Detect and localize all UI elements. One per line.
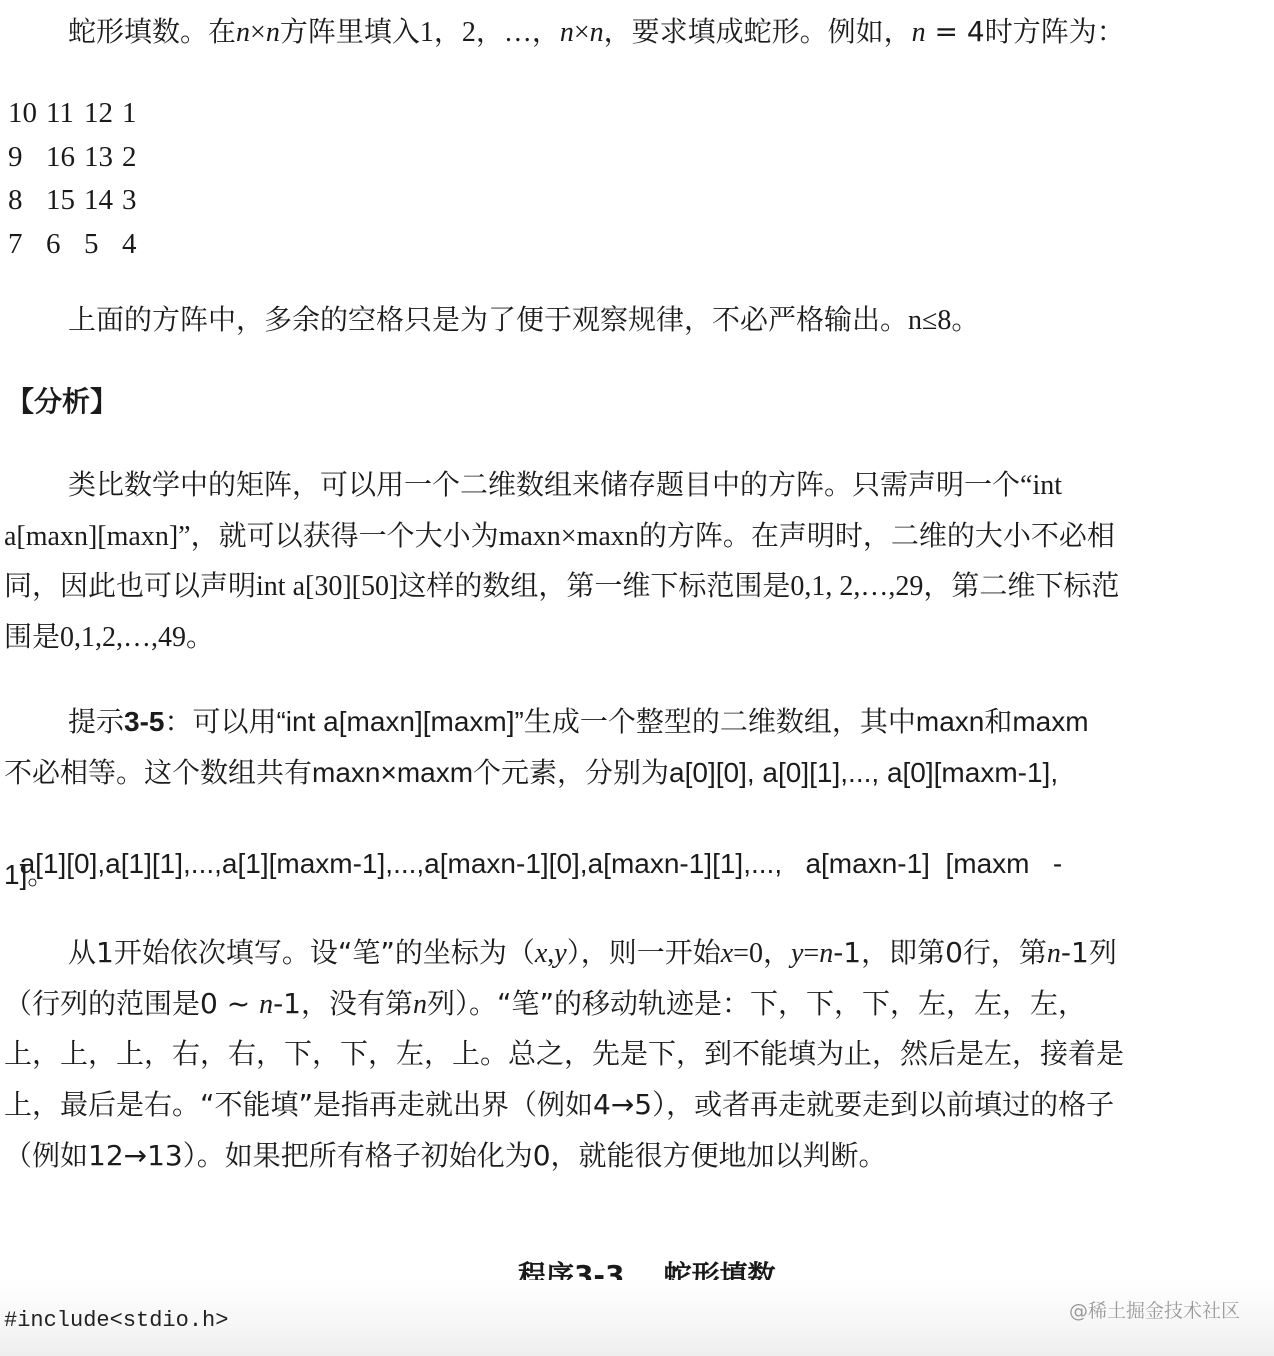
- para-text: 列）。“笔”的移动轨迹是：下，下，下，左，左，左，: [427, 987, 1086, 1020]
- matrix-cell: 9: [8, 136, 46, 180]
- tip-line3: a[1][0],a[1][1],...,a[1][maxm-1],...,a[m…: [4, 804, 1062, 884]
- tip-label: 提示: [68, 705, 124, 738]
- matrix-row: 8 15 14 3: [8, 179, 137, 223]
- analysis-para2-line2: （行列的范围是0 ~ n-1，没有第n列）。“笔”的移动轨迹是：下，下，下，左，…: [4, 984, 1086, 1025]
- matrix-cell: 12: [84, 92, 122, 136]
- matrix-row: 10 11 12 1: [8, 92, 137, 136]
- matrix-row: 7 6 5 4: [8, 223, 137, 267]
- constraint-text: n≤8。: [908, 305, 979, 336]
- range-text: 0,1,2,…,49: [60, 622, 186, 653]
- matrix-cell: 6: [46, 223, 84, 267]
- analysis-para1-line4: 围是0,1,2,…,49。: [4, 617, 214, 658]
- matrix-cell: 8: [8, 179, 46, 223]
- var-n: n: [266, 17, 280, 48]
- var-n: n: [819, 938, 833, 969]
- equals: =: [803, 938, 819, 969]
- var-n: n: [590, 17, 604, 48]
- analysis-para1-line2: a[maxn][maxn]”，就可以获得一个大小为maxn×maxn的方阵。在声…: [4, 516, 1115, 557]
- code-inline: maxn×maxn: [499, 521, 639, 552]
- sequence-text: 1，2，…，: [420, 17, 560, 48]
- analysis-para2-line1: 从1开始依次填写。设“笔”的坐标为（x,y），则一开始x=0，y=n-1，即第0…: [68, 933, 1117, 974]
- tip-line2: 不必相等。这个数组共有maxn×maxm个元素，分别为a[0][0], a[0]…: [4, 753, 1058, 793]
- intro-text: ，要求填成蛇形。例如，: [604, 15, 912, 48]
- analysis-para2-line5: （例如12→13）。如果把所有格子初始化为0，就能很方便地加以判断。: [4, 1136, 887, 1176]
- note-text: 上面的方阵中，多余的空格只是为了便于观察规律，不必严格输出。: [68, 303, 908, 336]
- var-y: y: [791, 938, 803, 969]
- tip-number: 3-5: [124, 706, 164, 737]
- para-text: ，就可以获得一个大小为: [191, 519, 499, 552]
- range-text: 0,1, 2,…,29: [790, 571, 923, 602]
- para-text: -1，没有第: [273, 987, 413, 1020]
- code-inline: a[maxn][maxn]”: [4, 521, 191, 552]
- tip-line4: 1]。: [4, 855, 55, 895]
- var-n: n: [1047, 938, 1061, 969]
- analysis-heading: 【分析】: [6, 382, 118, 422]
- matrix-cell: 2: [122, 136, 137, 180]
- var-n: n: [259, 989, 273, 1020]
- matrix-cell: 11: [46, 92, 84, 136]
- para-text: 。: [186, 620, 214, 653]
- matrix-cell: 7: [8, 223, 46, 267]
- tip-line1: 提示3-5：可以用“int a[maxn][maxm]”生成一个整型的二维数组，…: [68, 702, 1089, 742]
- intro-text: 蛇形填数。在: [68, 15, 236, 48]
- matrix-cell: 13: [84, 136, 122, 180]
- times-sign: ×: [250, 17, 266, 48]
- problem-note: 上面的方阵中，多余的空格只是为了便于观察规律，不必严格输出。n≤8。: [68, 300, 979, 341]
- matrix-cell: 3: [122, 179, 137, 223]
- para-text: -1，即第0行，第: [833, 936, 1047, 969]
- para-text: 这样的数组，第一维下标范围是: [398, 569, 790, 602]
- matrix-row: 9 16 13 2: [8, 136, 137, 180]
- para-text: 类比数学中的矩阵，可以用一个二维数组来储存题目中的方阵。只需声明一个: [68, 468, 1020, 501]
- watermark: @稀土掘金技术社区: [1069, 1298, 1240, 1324]
- analysis-para2-line3: 上，上，上，右，右，下，下，左，上。总之，先是下，到不能填为止，然后是左，接着是: [4, 1034, 1124, 1074]
- matrix-cell: 5: [84, 223, 122, 267]
- times-sign: ×: [574, 17, 590, 48]
- para-text: （行列的范围是0 ~: [4, 987, 259, 1020]
- para-text: 上，上，上，右，右，下，下，左，上。总之，先是下，到不能填为止，然后是左，接着是: [4, 1037, 1124, 1070]
- snake-matrix: 10 11 12 1 9 16 13 2 8 15 14 3 7 6 5 4: [8, 92, 137, 266]
- para-text: -1列: [1061, 936, 1117, 969]
- problem-intro: 蛇形填数。在n×n方阵里填入1，2，…，n×n，要求填成蛇形。例如，n = 4时…: [68, 12, 1125, 53]
- var-n: n: [413, 989, 427, 1020]
- var-y: y: [554, 938, 566, 969]
- para-text: ），则一开始: [567, 936, 721, 969]
- var-x: x: [721, 938, 733, 969]
- para-text: ，第二维下标范: [923, 569, 1119, 602]
- var-n: n: [236, 17, 250, 48]
- analysis-para1-line1: 类比数学中的矩阵，可以用一个二维数组来储存题目中的方阵。只需声明一个“int: [68, 465, 1062, 506]
- var-x: x: [535, 938, 547, 969]
- para-text: 的方阵。在声明时，二维的大小不必相: [639, 519, 1115, 552]
- var-n: n: [560, 17, 574, 48]
- code-inline: int a[30][50]: [256, 571, 398, 602]
- tip-text: 不必相等。这个数组共有maxn×maxm个元素，分别为a[0][0], a[0]…: [4, 757, 1058, 788]
- para-text: 从1开始依次填写。设“笔”的坐标为（: [68, 936, 535, 969]
- var-n: n: [912, 17, 926, 48]
- tip-text: ：可以用“int a[maxn][maxm]”生成一个整型的二维数组，其中max…: [164, 706, 1088, 737]
- code-line: #include<stdio.h>: [4, 1306, 228, 1336]
- intro-text: 方阵里填入: [280, 15, 420, 48]
- matrix-cell: 16: [46, 136, 84, 180]
- tip-text: 1]。: [4, 859, 55, 890]
- para-text: 上，最后是右。“不能填”是指再走就出界（例如4→5），或者再走就要走到以前填过的…: [4, 1088, 1114, 1121]
- analysis-para2-line4: 上，最后是右。“不能填”是指再走就出界（例如4→5），或者再走就要走到以前填过的…: [4, 1085, 1114, 1125]
- matrix-cell: 4: [122, 223, 137, 267]
- para-text: 同，因此也可以声明: [4, 569, 256, 602]
- code-inline: “int: [1020, 470, 1062, 501]
- para-text: 围是: [4, 620, 60, 653]
- para-text: =0，: [733, 938, 791, 969]
- matrix-cell: 10: [8, 92, 46, 136]
- matrix-cell: 14: [84, 179, 122, 223]
- matrix-cell: 1: [122, 92, 137, 136]
- intro-text: = 4时方阵为：: [926, 15, 1125, 48]
- matrix-cell: 15: [46, 179, 84, 223]
- analysis-para1-line3: 同，因此也可以声明int a[30][50]这样的数组，第一维下标范围是0,1,…: [4, 566, 1119, 607]
- tip-text: a[1][0],a[1][1],...,a[1][maxm-1],...,a[m…: [20, 848, 1063, 879]
- para-text: （例如12→13）。如果把所有格子初始化为0，就能很方便地加以判断。: [4, 1139, 887, 1172]
